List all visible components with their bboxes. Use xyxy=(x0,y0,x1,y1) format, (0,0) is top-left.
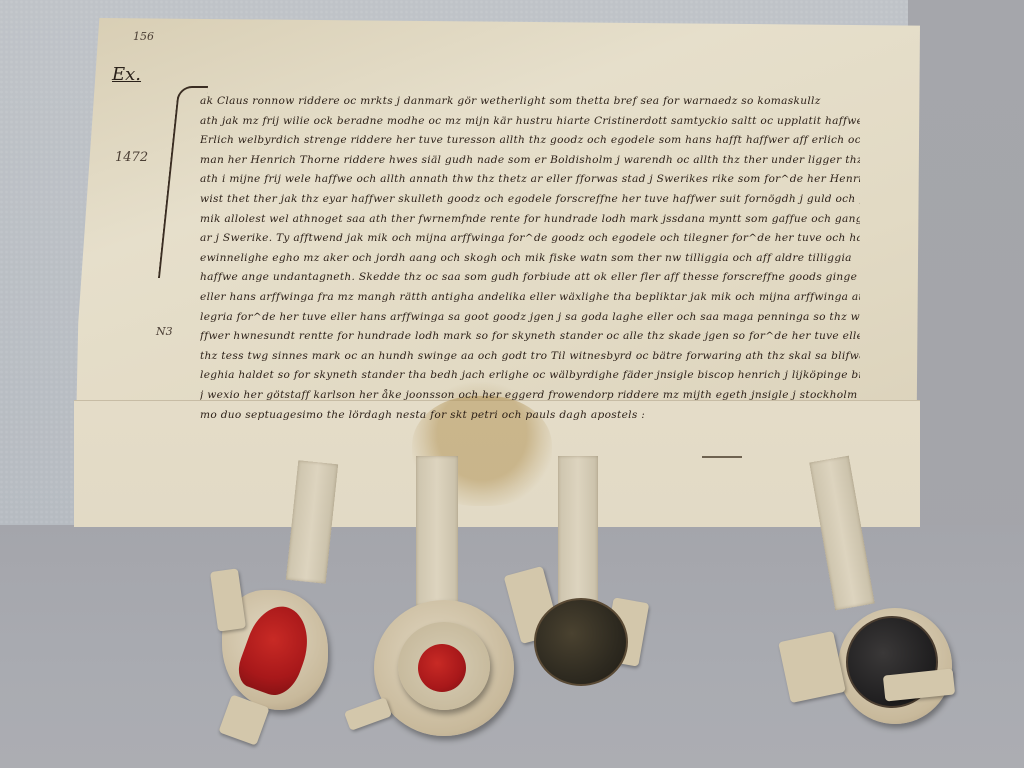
text-line: legria for^de her tuve eller hans arffwi… xyxy=(200,308,860,328)
seal-3-dark-wax xyxy=(534,598,628,686)
text-line: mik allolest wel athnoget saa ath ther f… xyxy=(200,210,860,230)
ex-mark: Ex. xyxy=(112,64,141,85)
text-line: man her Henrich Thorne riddere hwes siäl… xyxy=(200,151,860,171)
text-line: j wexio her götstaff karlson her åke joo… xyxy=(200,386,860,406)
text-line: ffwer hwnesundt rentte for hundrade lodh… xyxy=(200,327,860,347)
seal-tag-3 xyxy=(558,456,598,606)
text-line: ewinnelighe egho mz aker och jordh aang … xyxy=(200,249,860,269)
text-line: thz tess twg sinnes mark oc an hundh swi… xyxy=(200,347,860,367)
seal-tag-2 xyxy=(416,456,458,606)
charter-text: ak Claus ronnow riddere oc mrkts j danma… xyxy=(200,92,860,425)
seal-2-red-wax xyxy=(418,644,466,692)
text-line: haffwe ange undantagneth. Skedde thz oc … xyxy=(200,268,860,288)
text-line: eller hans arffwinga fra mz mangh rätth … xyxy=(200,288,860,308)
folio-number: 156 xyxy=(133,30,154,43)
text-line: ak Claus ronnow riddere oc mrkts j danma… xyxy=(200,92,860,112)
text-line: wist thet ther jak thz eyar haffwer skul… xyxy=(200,190,860,210)
text-line: Erlich welbyrdich strenge riddere her tu… xyxy=(200,131,860,151)
text-line: leghia haldet so for skyneth stander tha… xyxy=(200,366,860,386)
text-line: mo duo septuagesimo the lördagh nesta fo… xyxy=(200,406,860,426)
text-line: ar j Swerike. Ty afftwend jak mik och mi… xyxy=(200,229,860,249)
text-line: ath jak mz frij wilie ock beradne modhe … xyxy=(200,112,860,132)
year-annotation: 1472 xyxy=(115,150,148,165)
text-line: ath i mijne frij wele haffwe och allth a… xyxy=(200,170,860,190)
empty-tag-slit xyxy=(702,456,742,458)
margin-mark: N3 xyxy=(156,325,173,338)
